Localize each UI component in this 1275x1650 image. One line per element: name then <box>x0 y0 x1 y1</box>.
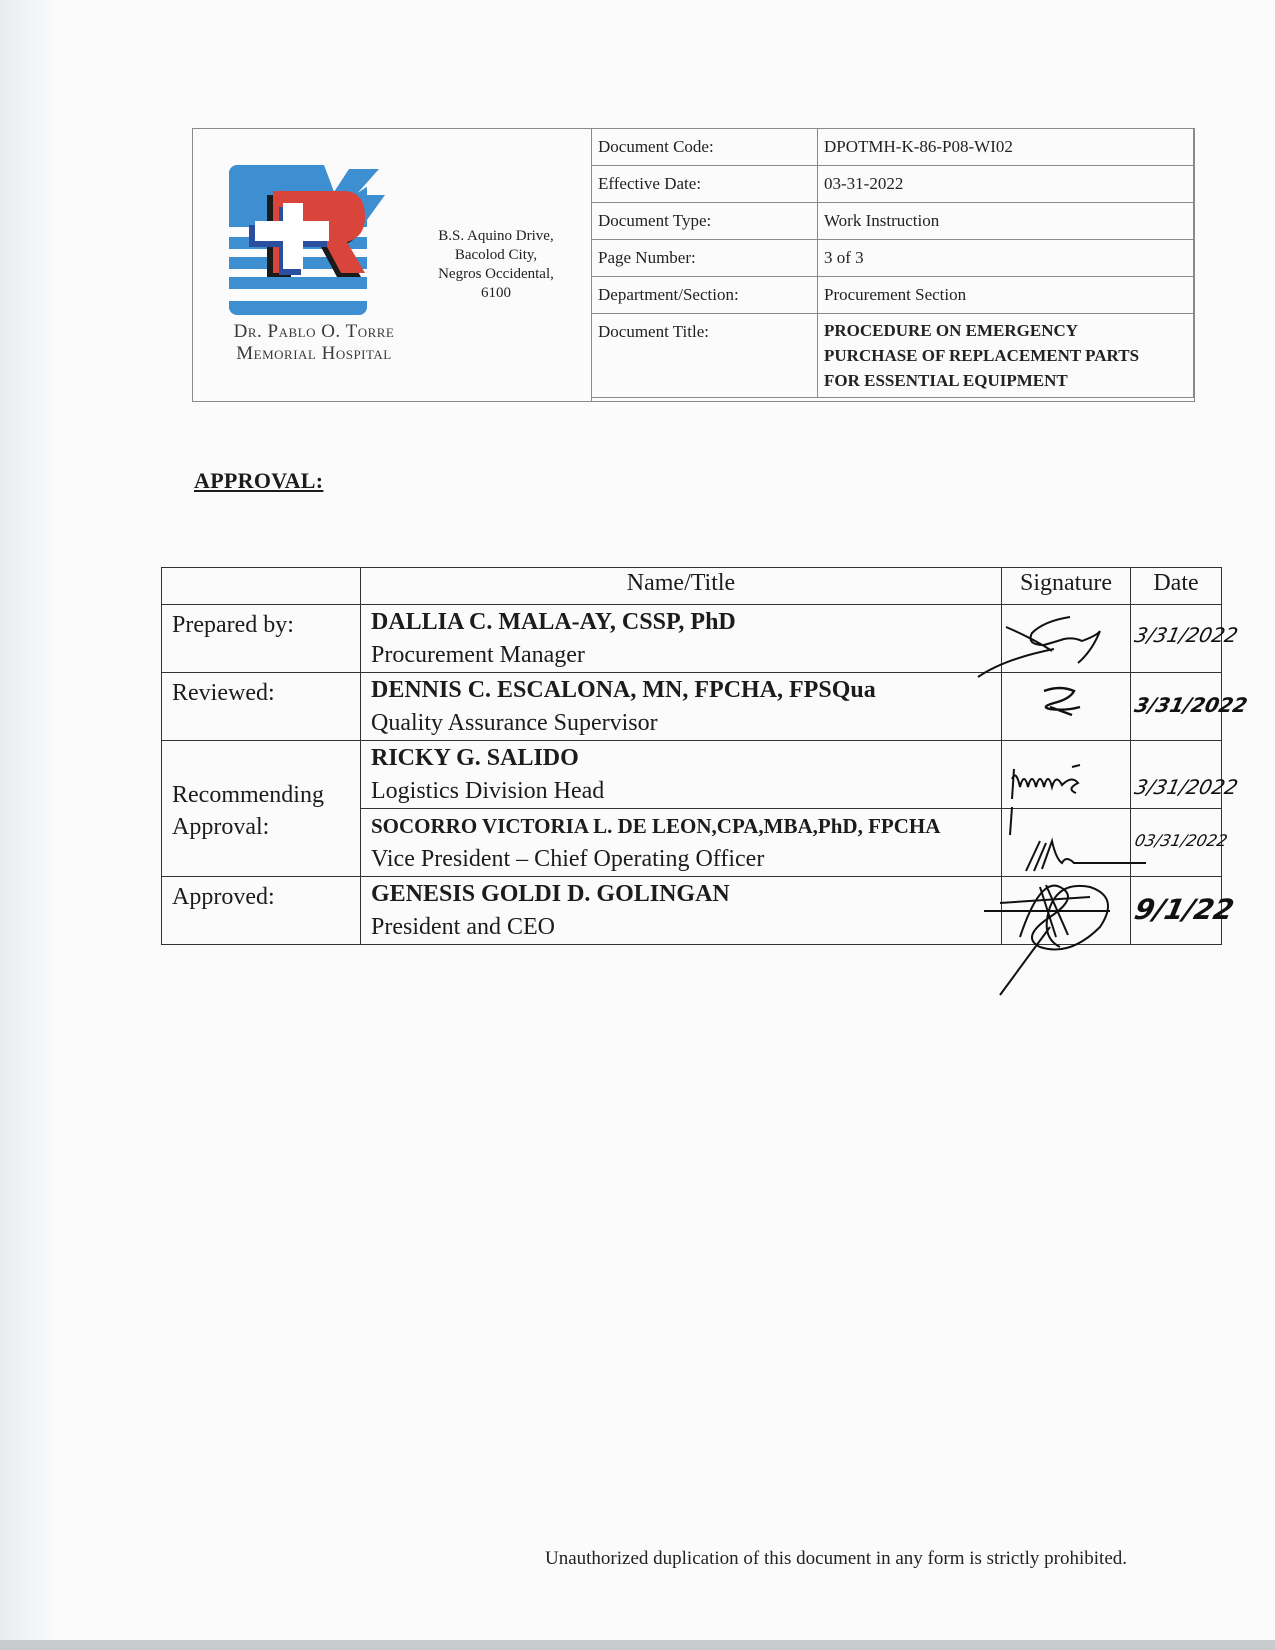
document-header: Dr. Pablo O. Torre Memorial Hospital B.S… <box>192 128 1195 402</box>
info-row-page-number: Page Number: 3 of 3 <box>592 240 1194 277</box>
page-number-value: 3 of 3 <box>818 240 1194 277</box>
document-code-value: DPOTMH-K-86-P08-WI02 <box>818 129 1194 166</box>
logo-cell: Dr. Pablo O. Torre Memorial Hospital B.S… <box>193 129 592 401</box>
approval-row-reviewed: Reviewed: DENNIS C. ESCALONA, MN, FPCHA,… <box>162 673 1222 741</box>
column-signature: Signature <box>1002 568 1131 605</box>
document-title-value: PROCEDURE ON EMERGENCY PURCHASE OF REPLA… <box>818 314 1194 398</box>
signature-cell <box>1002 741 1131 809</box>
approval-row-approved: Approved: GENESIS GOLDI D. GOLINGAN Pres… <box>162 877 1222 945</box>
signature-cell <box>1002 673 1131 741</box>
date-cell: 9/1/22 <box>1131 877 1222 945</box>
signature-cell <box>1002 605 1131 673</box>
scan-edge-bottom <box>0 1640 1275 1650</box>
signature-cell <box>1002 809 1131 877</box>
info-row-document-code: Document Code: DPOTMH-K-86-P08-WI02 <box>592 129 1194 166</box>
hospital-address: B.S. Aquino Drive, Bacolod City, Negros … <box>421 227 571 303</box>
document-type-value: Work Instruction <box>818 203 1194 240</box>
effective-date-value: 03-31-2022 <box>818 166 1194 203</box>
signatory-name: DALLIA C. MALA-AY, CSSP, PhD <box>371 606 991 639</box>
scan-shadow-left <box>0 0 60 1650</box>
info-row-effective-date: Effective Date: 03-31-2022 <box>592 166 1194 203</box>
document-info-table: Document Code: DPOTMH-K-86-P08-WI02 Effe… <box>591 129 1194 398</box>
column-name-title: Name/Title <box>361 568 1002 605</box>
hospital-name: Dr. Pablo O. Torre Memorial Hospital <box>199 321 429 365</box>
signatory-name: DENNIS C. ESCALONA, MN, FPCHA, FPSQua <box>371 674 991 707</box>
date-cell: 03/31/2022 <box>1131 809 1222 877</box>
signatory-title: Quality Assurance Supervisor <box>371 707 991 740</box>
signatory-title: Vice President – Chief Operating Officer <box>371 843 991 876</box>
hospital-logo-icon <box>229 165 385 317</box>
date-cell: 3/31/2022 <box>1131 673 1222 741</box>
signature-mark <box>980 867 1150 997</box>
signatory-name: SOCORRO VICTORIA L. DE LEON,CPA,MBA,PhD,… <box>371 810 991 843</box>
footer-notice: Unauthorized duplication of this documen… <box>545 1548 1127 1570</box>
info-row-document-type: Document Type: Work Instruction <box>592 203 1194 240</box>
approval-row-prepared: Prepared by: DALLIA C. MALA-AY, CSSP, Ph… <box>162 605 1222 673</box>
info-row-department: Department/Section: Procurement Section <box>592 277 1194 314</box>
date-cell: 3/31/2022 <box>1131 605 1222 673</box>
approval-header-row: Name/Title Signature Date <box>162 568 1222 605</box>
signatory-name: GENESIS GOLDI D. GOLINGAN <box>371 878 991 911</box>
date-cell: 3/31/2022 <box>1131 741 1222 809</box>
role-recommending-approval: RecommendingApproval: <box>162 741 361 877</box>
signatory-title: Logistics Division Head <box>371 775 991 808</box>
info-row-document-title: Document Title: PROCEDURE ON EMERGENCY P… <box>592 314 1194 398</box>
approval-row-recommending-1: RecommendingApproval: RICKY G. SALIDO Lo… <box>162 741 1222 809</box>
signatory-title: Procurement Manager <box>371 639 991 672</box>
department-value: Procurement Section <box>818 277 1194 314</box>
signatory-name: RICKY G. SALIDO <box>371 742 991 775</box>
column-date: Date <box>1131 568 1222 605</box>
approval-table: Name/Title Signature Date Prepared by: D… <box>161 567 1222 945</box>
signatory-title: President and CEO <box>371 911 991 944</box>
signature-mark <box>1030 681 1090 721</box>
approval-heading: APPROVAL: <box>194 468 323 494</box>
signature-cell <box>1002 877 1131 945</box>
